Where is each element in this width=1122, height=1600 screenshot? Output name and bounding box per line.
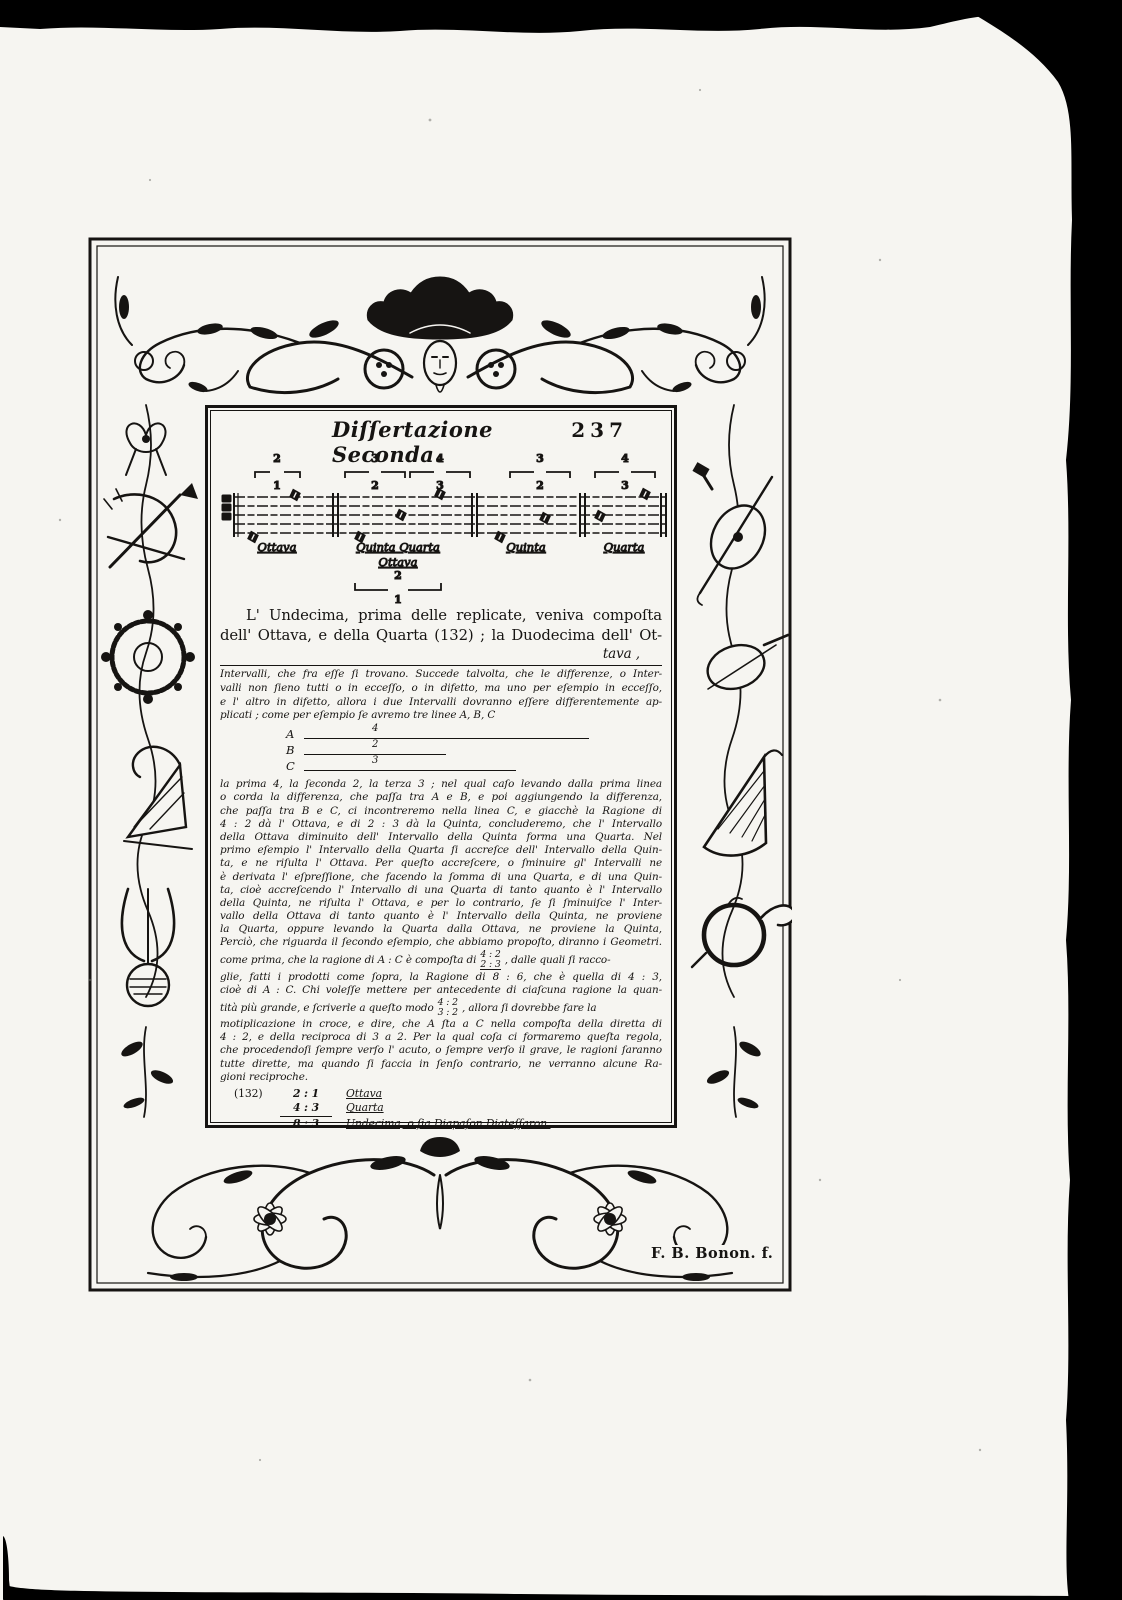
line-row-a: A 4 bbox=[220, 726, 662, 742]
interval-name: Quarta bbox=[332, 1101, 384, 1117]
footnote-block-c-end: motiplicazione in croce, e dire, che A ſ… bbox=[220, 1018, 662, 1084]
bottom-border-ornament bbox=[148, 1137, 732, 1281]
line-label: A bbox=[286, 727, 294, 741]
line-label: C bbox=[286, 759, 295, 773]
text-line: ta, cioè accreſcendo l' Intervallo di un… bbox=[220, 884, 662, 897]
mask-face-ornament bbox=[424, 341, 456, 392]
text-line: la prima 4, la ſeconda 2, la terza 3 ; n… bbox=[220, 778, 662, 791]
harp-ornament bbox=[704, 750, 782, 855]
ratio-stack: 4 : 2 3 : 2 bbox=[438, 998, 458, 1018]
torn-edge-bottom bbox=[4, 1584, 1070, 1600]
ratio-value: 8 : 3 bbox=[280, 1117, 332, 1132]
interval-ratio-table: (132) 2 : 1 Ottava 4 : 3 Quarta 8 : 3 Un… bbox=[220, 1087, 662, 1132]
sub-interval-label: Ottava bbox=[379, 555, 418, 569]
text-line: tutte dirette, ma quando ſi faccia in ſe… bbox=[220, 1058, 662, 1071]
shell-crest bbox=[367, 277, 512, 339]
line-row-c: C 3 bbox=[220, 758, 662, 774]
sub-bracket-bottom-number: 1 bbox=[394, 593, 402, 605]
text-line: plicati ; come per eſempio ſe avremo tre… bbox=[220, 709, 662, 723]
text-line: glie, fatti i prodotti come ſopra, la Ra… bbox=[220, 971, 662, 984]
bracket-top-number: 4 bbox=[436, 452, 444, 465]
interval-name: Ottava bbox=[332, 1087, 382, 1102]
sub-bracket-top-number: 2 bbox=[394, 569, 402, 582]
text-line: e l' altro in difetto, allora i due Inte… bbox=[220, 696, 662, 710]
measure-line bbox=[304, 738, 589, 739]
main-paragraph: L' Undecima, prima delle replicate, veni… bbox=[220, 606, 662, 662]
footnote-block-b: la prima 4, la ſeconda 2, la terza 3 ; n… bbox=[220, 778, 662, 949]
crossed-trumpet-and-horn bbox=[104, 483, 198, 567]
ratio-value: 4 : 3 bbox=[280, 1101, 332, 1117]
text-line: 4 : 2 dà l' Ottava, e di 2 : 3 dà la Qui… bbox=[220, 818, 662, 831]
torn-edge-left-mark bbox=[3, 1536, 11, 1600]
page-text-inner: Diſſertazione Seconda. 237 2 3 4 3 4 bbox=[210, 410, 672, 1123]
text-line: dell' Ottava, e della Quarta (132) ; la … bbox=[220, 626, 662, 646]
footnote-block-c-middle: glie, fatti i prodotti come ſopra, la Ra… bbox=[220, 971, 662, 997]
bracket-bottom-number: 2 bbox=[371, 479, 379, 492]
bottom-acanthus-scroll bbox=[148, 1153, 434, 1281]
bracket-bottom-number: 3 bbox=[621, 479, 629, 492]
text-line: cioè di A : C. Chi voleſſe mettere per a… bbox=[220, 984, 662, 997]
text-line: Intervalli, che fra eſſe ſi trovano. Suc… bbox=[220, 668, 662, 682]
table-row: 4 : 3 Quarta bbox=[220, 1101, 662, 1117]
footnote-block-a: Intervalli, che fra eſſe ſi trovano. Suc… bbox=[220, 668, 662, 723]
text-fragment: , allora ſi dovrebbe fare la bbox=[462, 1002, 596, 1014]
text-line: valli non ſieno tutti o in ecceſſo, o in… bbox=[220, 682, 662, 696]
engraver-signature: F. B. Bonon. f. bbox=[646, 1245, 778, 1262]
torn-edge-right bbox=[950, 0, 1122, 1600]
text-fragment: , dalle quali ſi racco- bbox=[505, 954, 611, 966]
catchword: tava , bbox=[220, 646, 662, 662]
fan-bagpipe-ornament bbox=[124, 747, 192, 849]
scanned-book-page: { "page": { "paper_color": "#f6f5f1", "i… bbox=[0, 0, 1122, 1600]
sub-interval-bracket bbox=[355, 583, 441, 590]
leaf-sprig bbox=[119, 1027, 175, 1117]
text-fragment: come prima, che la ragione di A : C è co… bbox=[220, 954, 476, 966]
ratio-stack: 4 : 2 2 : 3 bbox=[480, 950, 500, 971]
center-shell bbox=[420, 1137, 460, 1157]
line-row-b: B 2 bbox=[220, 742, 662, 758]
rosette-flower bbox=[254, 1203, 286, 1235]
text-line: L' Undecima, prima delle replicate, veni… bbox=[220, 606, 662, 626]
text-line: ta, e ne riſulta l' Ottava. Per queſto a… bbox=[220, 857, 662, 870]
title-row: Diſſertazione Seconda. 237 bbox=[220, 417, 662, 447]
interval-label-quinta-quarta: Quinta Quarta bbox=[356, 540, 440, 554]
viol-ornament bbox=[702, 635, 788, 696]
abc-line-diagram: A 4 B 2 C 3 bbox=[220, 726, 662, 774]
line-label: B bbox=[286, 743, 294, 757]
footnote-section: Intervalli, che fra eſſe ſi trovano. Suc… bbox=[220, 668, 662, 1131]
page-text-box: Diſſertazione Seconda. 237 2 3 4 3 4 bbox=[205, 405, 677, 1128]
footnote-separator-rule bbox=[220, 665, 662, 666]
text-line: della Quinta, ne riſulta l' Ottava, e pe… bbox=[220, 897, 662, 910]
interval-label-quarta: Quarta bbox=[604, 540, 645, 554]
table-row: (132) 2 : 1 Ottava bbox=[220, 1087, 662, 1102]
torn-edge-top bbox=[0, 0, 1122, 33]
bracket-top-number: 3 bbox=[536, 452, 544, 465]
measure-line bbox=[304, 770, 516, 771]
ribbon-bow-ornament bbox=[126, 423, 166, 475]
center-drop bbox=[437, 1175, 443, 1229]
bracket-top-number: 3 bbox=[371, 452, 379, 465]
footnote-reference: (132) bbox=[220, 1087, 280, 1102]
bracket-bottom-number: 2 bbox=[536, 479, 544, 492]
ratio-bottom: 2 : 3 bbox=[480, 960, 500, 970]
table-row: 8 : 3 Undecima, o ſia Diapaſon Diateſſar… bbox=[220, 1117, 662, 1132]
text-line: della Ottava diminuito dell' Intervallo … bbox=[220, 831, 662, 844]
right-border-instrument-trophy bbox=[692, 405, 792, 1117]
text-line: che paſſa tra B e C, ci incontreremo nel… bbox=[220, 805, 662, 818]
ratio-bottom: 3 : 2 bbox=[438, 1008, 458, 1018]
text-line: gioni reciproche. bbox=[220, 1071, 662, 1084]
interval-staff-diagram: 2 3 4 3 4 1 bbox=[220, 449, 662, 605]
bracket-top-number: 2 bbox=[273, 452, 281, 465]
ratio-composition-line-1: come prima, che la ragione di A : C è co… bbox=[220, 950, 662, 971]
bracket-bottom-number: 1 bbox=[273, 479, 281, 492]
text-line: 4 : 2, e della reciproca di 3 a 2. Per l… bbox=[220, 1031, 662, 1044]
top-border-ornament bbox=[115, 277, 764, 394]
line-value: 4 bbox=[372, 723, 378, 734]
bracket-top-number: 4 bbox=[621, 452, 629, 465]
text-line: è derivata l' eſpreſſione, che facendo l… bbox=[220, 871, 662, 884]
text-line: motiplicazione in croce, e dire, che A ſ… bbox=[220, 1018, 662, 1031]
line-value: 2 bbox=[372, 739, 378, 750]
interval-label-quinta: Quinta bbox=[506, 540, 546, 554]
lyre-ornament bbox=[122, 889, 174, 1006]
text-line: la Quarta, oppure levando la Quarta dall… bbox=[220, 923, 662, 936]
page-number: 237 bbox=[571, 418, 628, 442]
ratio-value: 2 : 1 bbox=[280, 1087, 332, 1102]
text-line: che procedendoſi ſempre verſo l' acuto, … bbox=[220, 1044, 662, 1057]
ratio-composition-line-2: tità più grande, e ſcriverle a queſto mo… bbox=[220, 997, 662, 1018]
leaf-sprig bbox=[705, 1027, 763, 1117]
line-value: 3 bbox=[372, 755, 378, 766]
text-line: primo eſempio l' Intervallo della Quarta… bbox=[220, 844, 662, 857]
interval-name: Undecima, o ſia Diapaſon Diateſſaron. bbox=[332, 1117, 550, 1132]
hunting-horn-ornament bbox=[692, 898, 792, 967]
text-line: Perciò, che riguarda il ſecondo eſempio,… bbox=[220, 936, 662, 949]
text-line: o corda la differenza, che paſſa tra A e… bbox=[220, 791, 662, 804]
interval-label-ottava: Ottava bbox=[258, 540, 297, 554]
tambourine-wreath bbox=[101, 610, 195, 704]
left-border-instrument-trophy bbox=[101, 405, 198, 1117]
text-line: vallo della Ottava di tanto quanto è l' … bbox=[220, 910, 662, 923]
text-fragment: tità più grande, e ſcriverle a queſto mo… bbox=[220, 1002, 434, 1014]
interval-brackets bbox=[255, 472, 655, 478]
